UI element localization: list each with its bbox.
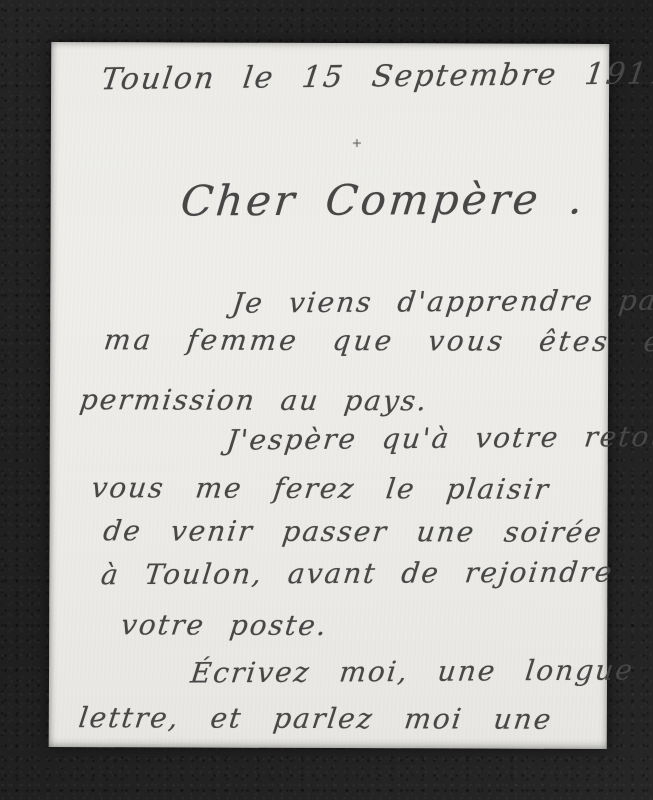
letter-page: Toulon le 15 Septembre 1917 Cher Compère…	[49, 42, 609, 749]
letter-line: votre poste.	[119, 608, 330, 642]
letter-line: lettre, et parlez moi une	[77, 701, 555, 736]
scanner-background: Toulon le 15 Septembre 1917 Cher Compère…	[0, 0, 653, 800]
letter-line: vous me ferez le plaisir	[90, 471, 552, 506]
letter-line: J'espère qu'à votre retour,	[225, 420, 653, 457]
paper-blemish	[353, 142, 361, 144]
letter-line: permission au pays.	[78, 383, 430, 417]
letter-line: ma femme que vous êtes en	[102, 323, 653, 358]
letter-line: Je viens d'apprendre par	[230, 284, 653, 320]
letter-line: à Toulon, avant de rejoindre	[99, 556, 615, 592]
letter-line: Écrivez moi, une longue	[189, 653, 636, 689]
letter-line: de venir passer une soirée	[101, 514, 605, 549]
letter-salutation: Cher Compère .	[179, 174, 588, 225]
letter-dateline: Toulon le 15 Septembre 1917	[99, 56, 653, 97]
